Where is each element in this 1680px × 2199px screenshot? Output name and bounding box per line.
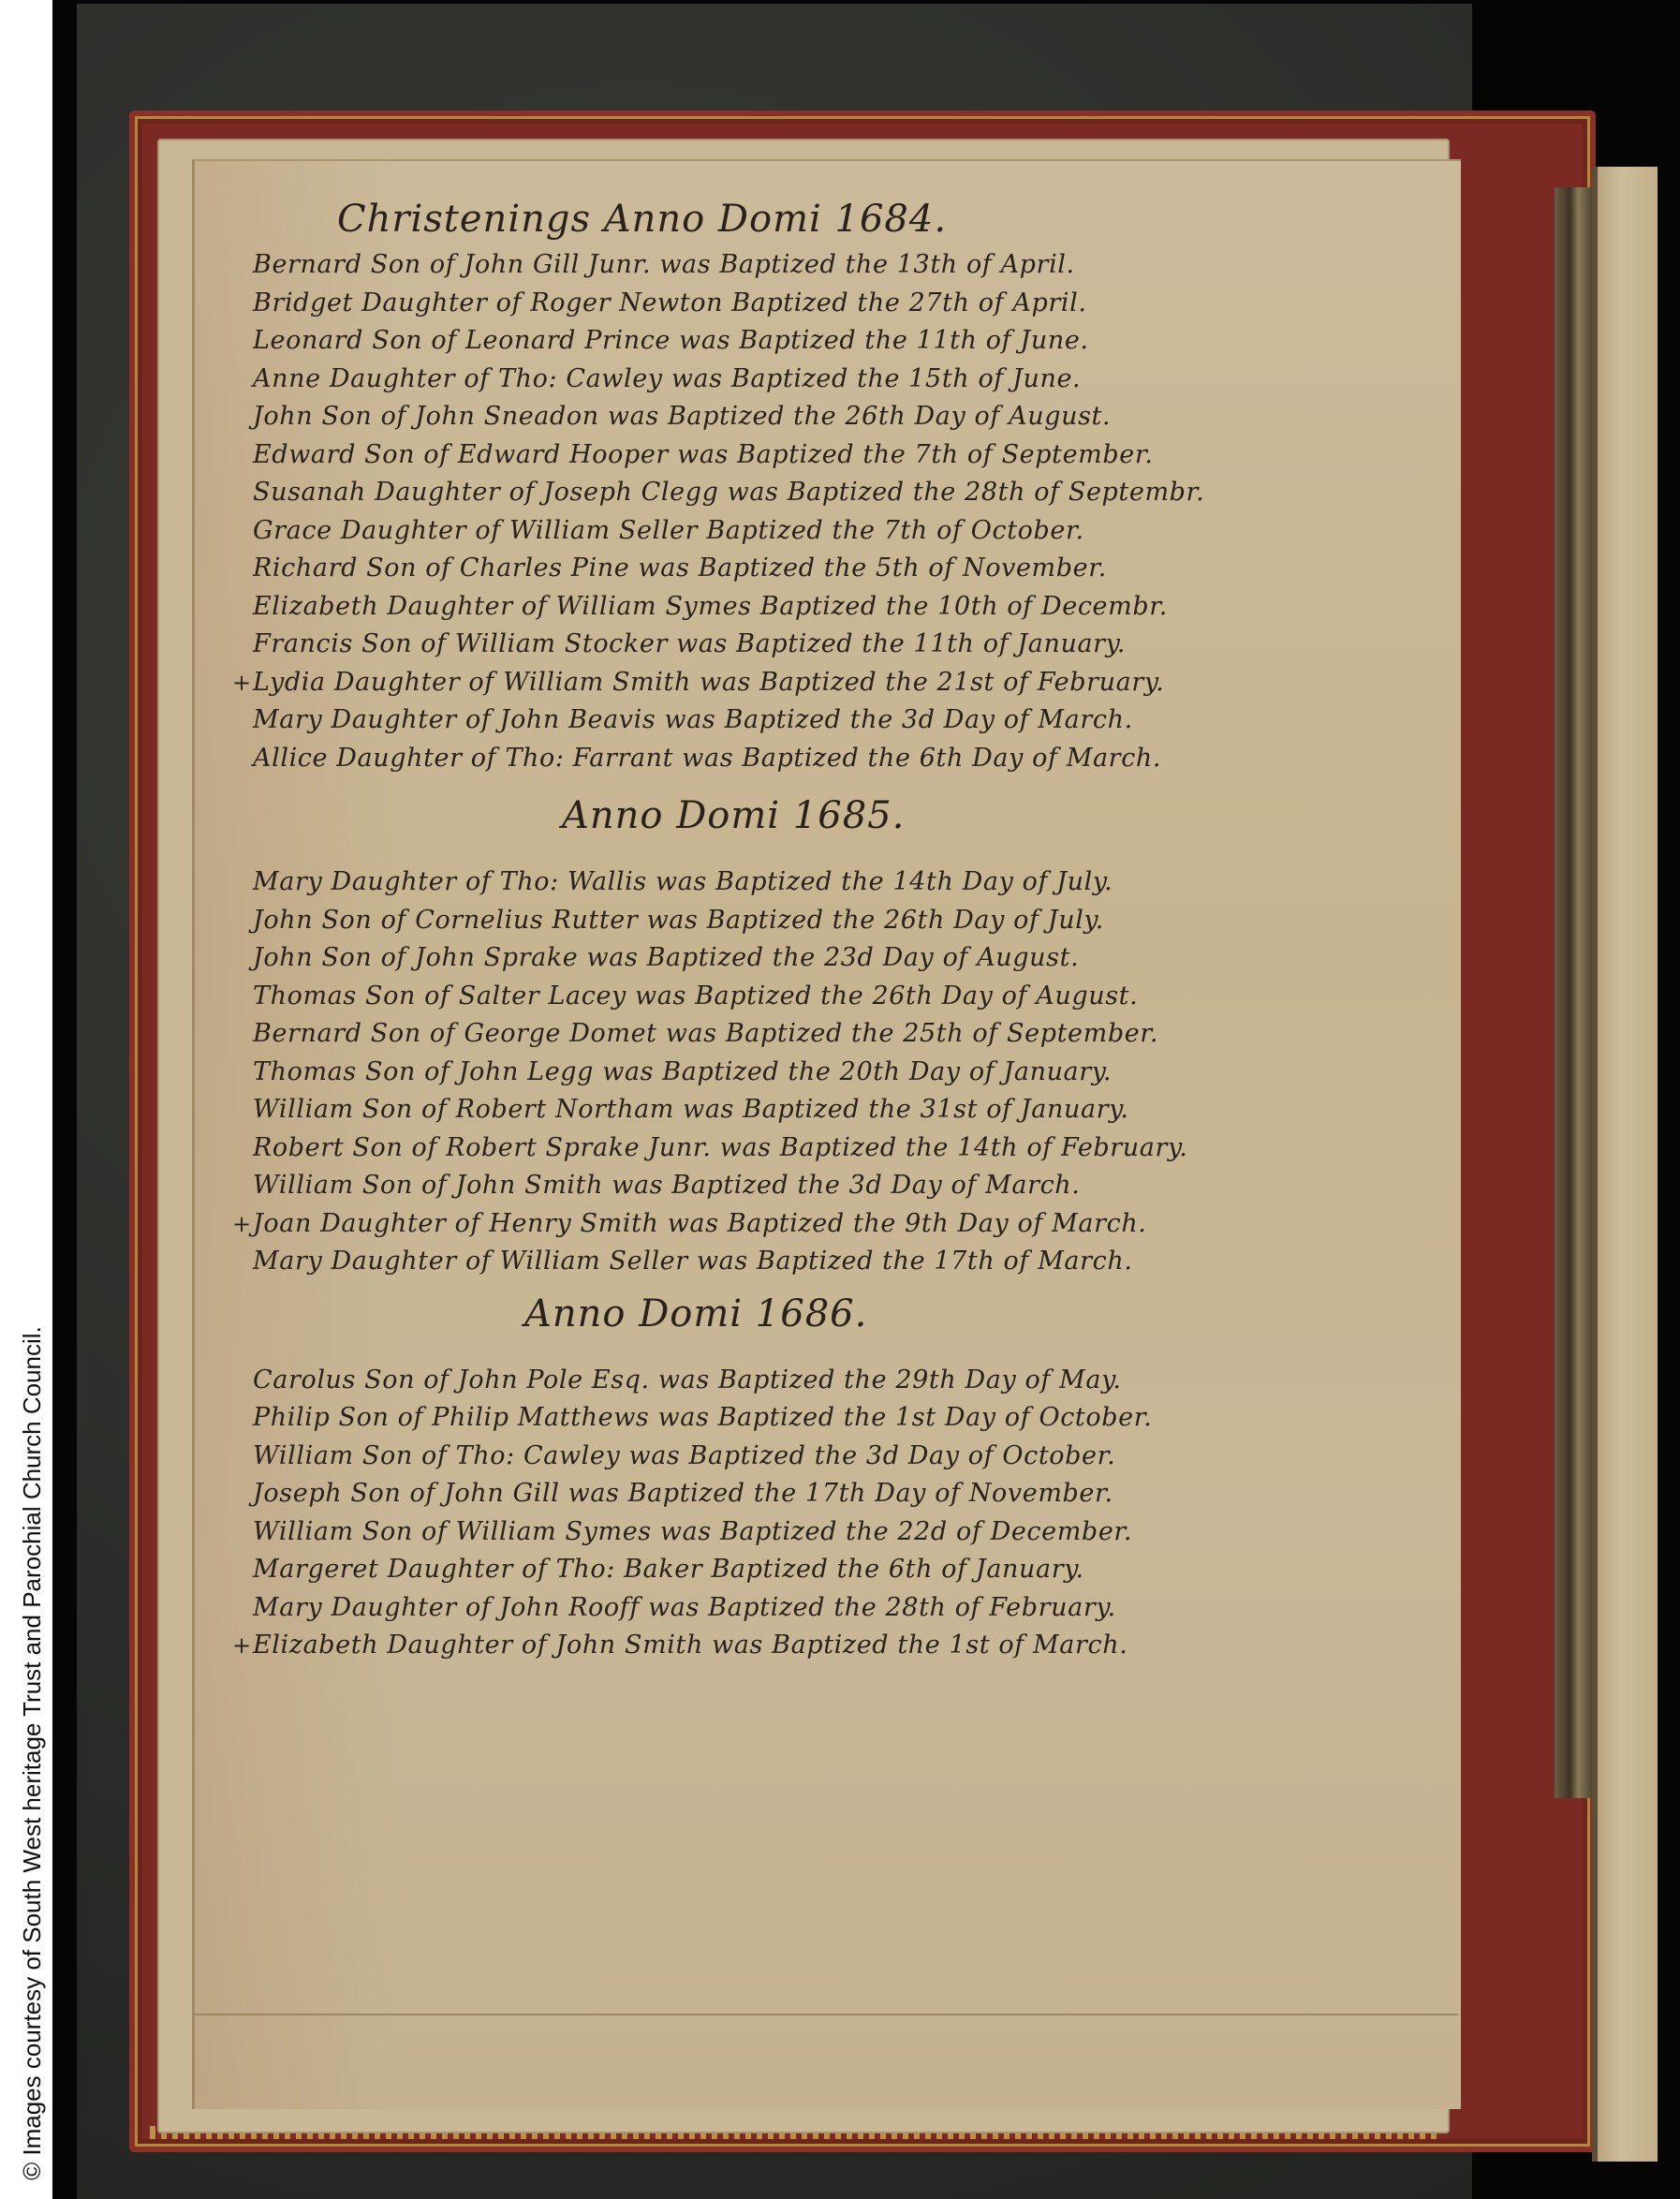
section-heading: Christenings Anno Domi 1684.: [337, 192, 1470, 246]
entry-text: Lydia Daughter of William Smith was Bapt…: [253, 668, 1164, 697]
baptism-entry: Bridget Daughter of Roger Newton Baptize…: [253, 285, 1470, 323]
entry-text: William Son of William Symes was Baptize…: [253, 1517, 1132, 1546]
entry-text: William Son of John Smith was Baptized t…: [253, 1171, 1080, 1200]
baptism-entry: Bernard Son of John Gill Junr. was Bapti…: [253, 246, 1470, 285]
margin-cross-icon: +: [232, 664, 252, 702]
baptism-entry: Joseph Son of John Gill was Baptized the…: [253, 1475, 1470, 1513]
entry-text: Susanah Daughter of Joseph Clegg was Bap…: [253, 478, 1204, 507]
entry-text: Francis Son of William Stocker was Bapti…: [253, 629, 1126, 658]
entry-text: Bridget Daughter of Roger Newton Baptize…: [253, 288, 1087, 317]
section-heading: Anno Domi 1686.: [524, 1287, 1470, 1341]
baptism-entry: Carolus Son of John Pole Esq. was Baptiz…: [253, 1362, 1470, 1400]
baptism-entry: Margeret Daughter of Tho: Baker Baptized…: [253, 1551, 1470, 1589]
entry-text: Leonard Son of Leonard Prince was Baptiz…: [253, 326, 1089, 355]
section-1686: Anno Domi 1686. Carolus Son of John Pole…: [253, 1287, 1470, 1665]
baptism-entry: Anne Daughter of Tho: Cawley was Baptize…: [253, 361, 1470, 399]
baptism-entry: William Son of Tho: Cawley was Baptized …: [253, 1438, 1470, 1476]
entry-text: William Son of Robert Northam was Baptiz…: [253, 1095, 1129, 1124]
credit-strip: © Images courtesy of South West heritage…: [0, 0, 52, 2199]
section-1685: Anno Domi 1685. Mary Daughter of Tho: Wa…: [253, 789, 1470, 1281]
entry-text: Joan Daughter of Henry Smith was Baptize…: [253, 1209, 1147, 1238]
binding-gutter: [1555, 187, 1594, 1798]
entry-text: Mary Daughter of William Seller was Bapt…: [253, 1247, 1133, 1276]
baptism-entry: Francis Son of William Stocker was Bapti…: [253, 626, 1470, 664]
section-heading: Anno Domi 1685.: [562, 789, 1470, 843]
baptism-entry: Grace Daughter of William Seller Baptize…: [253, 512, 1470, 551]
entry-text: Mary Daughter of Tho: Wallis was Baptize…: [253, 867, 1113, 896]
baptism-entry: Susanah Daughter of Joseph Clegg was Bap…: [253, 474, 1470, 512]
baptism-entry: William Son of William Symes was Baptize…: [253, 1513, 1470, 1552]
baptism-entry: Allice Daughter of Tho: Farrant was Bapt…: [253, 740, 1470, 778]
baptism-entry: Edward Son of Edward Hooper was Baptized…: [253, 436, 1470, 475]
baptism-entry: Thomas Son of Salter Lacey was Baptized …: [253, 978, 1470, 1016]
entry-text: Thomas Son of John Legg was Baptized the…: [253, 1057, 1112, 1086]
entry-text: Joseph Son of John Gill was Baptized the…: [253, 1479, 1113, 1508]
margin-cross-icon: +: [232, 1627, 252, 1665]
baptism-entry: Mary Daughter of William Seller was Bapt…: [253, 1243, 1470, 1281]
entry-text: Elizabeth Daughter of John Smith was Bap…: [253, 1631, 1127, 1660]
baptism-entry: William Son of John Smith was Baptized t…: [253, 1167, 1470, 1205]
entry-text: Mary Daughter of John Beavis was Baptize…: [253, 705, 1133, 734]
baptism-entry: Elizabeth Daughter of William Symes Bapt…: [253, 588, 1470, 627]
entry-text: Robert Son of Robert Sprake Junr. was Ba…: [253, 1133, 1187, 1162]
baptism-entry: William Son of Robert Northam was Baptiz…: [253, 1091, 1470, 1129]
entry-text: Mary Daughter of John Rooff was Baptized…: [253, 1593, 1116, 1622]
entry-text: Richard Son of Charles Pine was Baptized…: [253, 553, 1107, 583]
entry-text: Thomas Son of Salter Lacey was Baptized …: [253, 981, 1138, 1011]
section-1684: Christenings Anno Domi 1684. Bernard Son…: [253, 192, 1470, 777]
facing-page-edge: [1592, 167, 1658, 2162]
baptism-entry: Mary Daughter of John Beavis was Baptize…: [253, 701, 1470, 740]
baptism-entry: Leonard Son of Leonard Prince was Baptiz…: [253, 322, 1470, 361]
entry-text: Bernard Son of George Domet was Baptized…: [253, 1019, 1158, 1048]
baptism-entry: +Joan Daughter of Henry Smith was Baptiz…: [253, 1205, 1470, 1244]
baptism-entry: John Son of John Sprake was Baptized the…: [253, 939, 1470, 978]
entry-text: Allice Daughter of Tho: Farrant was Bapt…: [253, 744, 1161, 773]
entry-text: Grace Daughter of William Seller Baptize…: [253, 516, 1084, 545]
baptism-entry: John Son of John Sneadon was Baptized th…: [253, 398, 1470, 436]
copyright-credit: © Images courtesy of South West heritage…: [18, 1056, 47, 2180]
entry-text: Edward Son of Edward Hooper was Baptized…: [253, 440, 1154, 469]
entry-text: John Son of Cornelius Rutter was Baptize…: [253, 906, 1104, 935]
baptism-entry: Mary Daughter of John Rooff was Baptized…: [253, 1589, 1470, 1628]
baptism-entry: John Son of Cornelius Rutter was Baptize…: [253, 902, 1470, 940]
entry-text: Carolus Son of John Pole Esq. was Baptiz…: [253, 1365, 1122, 1395]
baptism-entry: +Elizabeth Daughter of John Smith was Ba…: [253, 1627, 1470, 1665]
baptism-entry: Philip Son of Philip Matthews was Baptiz…: [253, 1399, 1470, 1438]
margin-cross-icon: +: [232, 1205, 252, 1244]
entry-text: John Son of John Sprake was Baptized the…: [253, 943, 1079, 972]
baptism-entry: Bernard Son of George Domet was Baptized…: [253, 1015, 1470, 1054]
baptism-entry: Thomas Son of John Legg was Baptized the…: [253, 1054, 1470, 1092]
entry-text: Anne Daughter of Tho: Cawley was Baptize…: [253, 364, 1081, 393]
baptism-entry: Richard Son of Charles Pine was Baptized…: [253, 550, 1470, 588]
entry-text: William Son of Tho: Cawley was Baptized …: [253, 1441, 1115, 1470]
baptism-entry: Mary Daughter of Tho: Wallis was Baptize…: [253, 863, 1470, 902]
baptism-entry: +Lydia Daughter of William Smith was Bap…: [253, 664, 1470, 702]
page-fold-line: [192, 2014, 1458, 2015]
baptism-entry: Robert Son of Robert Sprake Junr. was Ba…: [253, 1129, 1470, 1168]
entry-text: John Son of John Sneadon was Baptized th…: [253, 402, 1111, 431]
register-content: Christenings Anno Domi 1684. Bernard Son…: [253, 192, 1470, 1665]
entry-text: Elizabeth Daughter of William Symes Bapt…: [253, 592, 1168, 621]
entry-text: Philip Son of Philip Matthews was Baptiz…: [253, 1403, 1152, 1432]
entry-text: Margeret Daughter of Tho: Baker Baptized…: [253, 1555, 1084, 1584]
entry-text: Bernard Son of John Gill Junr. was Bapti…: [253, 250, 1075, 279]
